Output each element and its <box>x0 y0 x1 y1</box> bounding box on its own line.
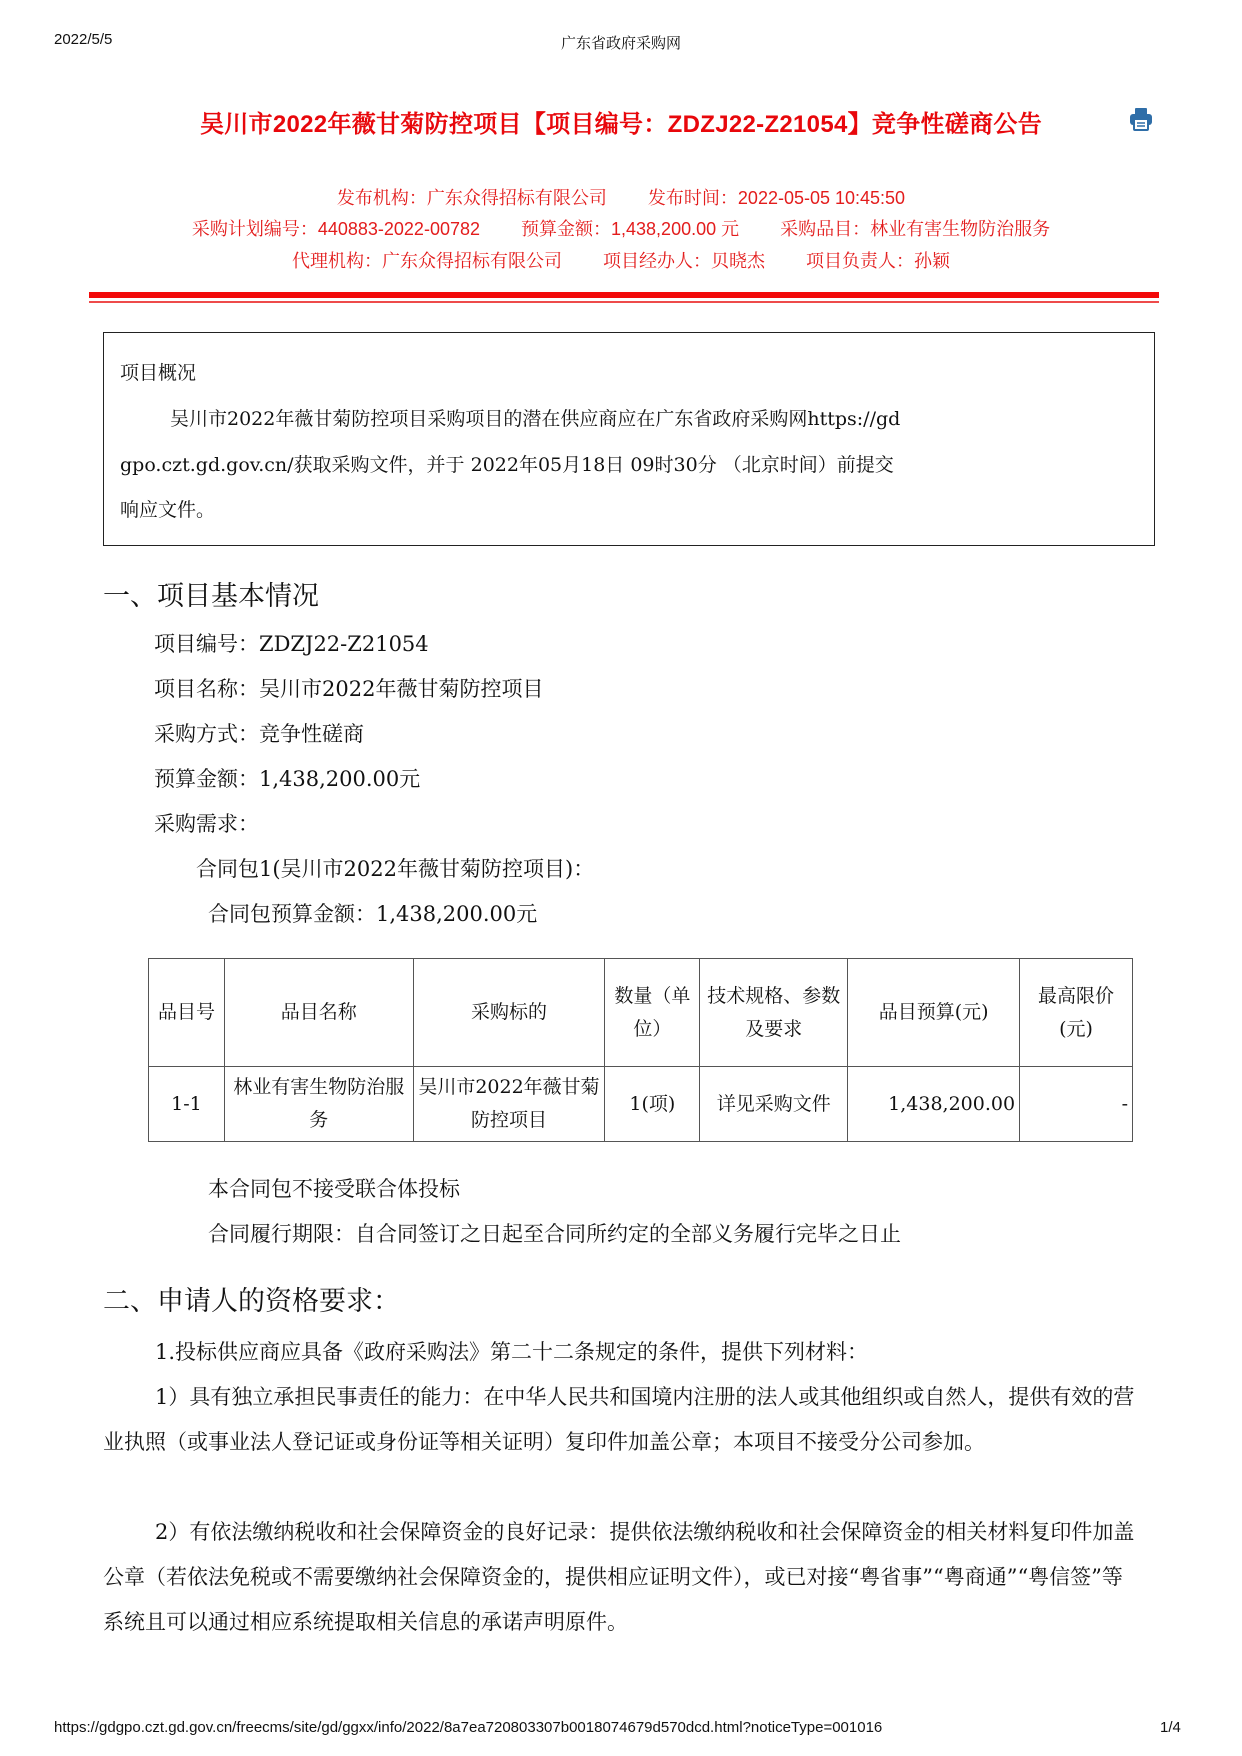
notice-meta-row-3: 代理机构：广东众得招标有限公司 项目经办人：贝晓杰 项目负责人：孙颖 <box>0 247 1242 273</box>
overview-text-line-3: 响应文件。 <box>120 495 215 522</box>
col-item-no: 品目号 <box>149 959 225 1067</box>
cell-item-name: 林业有害生物防治服务 <box>224 1067 413 1142</box>
col-quantity: 数量（单位） <box>605 959 700 1067</box>
print-site-name: 广东省政府采购网 <box>0 32 1242 53</box>
print-page-number: 1/4 <box>1160 1719 1181 1736</box>
divider-thick <box>89 292 1159 298</box>
col-max-price: 最高限价(元) <box>1020 959 1133 1067</box>
notice-meta-row-1: 发布机构：广东众得招标有限公司 发布时间：2022-05-05 10:45:50 <box>0 184 1242 210</box>
requirements-label: 采购需求： <box>154 808 259 838</box>
items-table: 品目号 品目名称 采购标的 数量（单位） 技术规格、参数及要求 品目预算(元) … <box>148 958 1133 1142</box>
procurement-category: 采购品目：林业有害生物防治服务 <box>780 219 1050 239</box>
cell-item-no: 1-1 <box>149 1067 225 1142</box>
budget: 预算金额：1,438,200.00元 <box>154 763 420 793</box>
agency: 代理机构：广东众得招标有限公司 <box>292 251 562 271</box>
budget-amount: 预算金额：1,438,200.00 元 <box>521 219 739 239</box>
project-number: 项目编号：ZDZJ22-Z21054 <box>154 628 429 658</box>
col-specs: 技术规格、参数及要求 <box>700 959 848 1067</box>
package-budget: 合同包预算金额：1,438,200.00元 <box>208 898 537 928</box>
project-handler: 项目经办人：贝晓杰 <box>603 251 765 271</box>
overview-text-line-1: 吴川市2022年薇甘菊防控项目采购项目的潜在供应商应在广东省政府采购网https… <box>170 404 900 431</box>
cell-subject: 吴川市2022年薇甘菊防控项目 <box>413 1067 605 1142</box>
publisher: 发布机构：广东众得招标有限公司 <box>337 188 607 208</box>
table-row: 1-1 林业有害生物防治服务 吴川市2022年薇甘菊防控项目 1(项) 详见采购… <box>149 1067 1133 1142</box>
table-header-row: 品目号 品目名称 采购标的 数量（单位） 技术规格、参数及要求 品目预算(元) … <box>149 959 1133 1067</box>
qualification-item-1-1: 1）具有独立承担民事责任的能力：在中华人民共和国境内注册的法人或其他组织或自然人… <box>103 1375 1143 1465</box>
project-name: 项目名称：吴川市2022年薇甘菊防控项目 <box>154 673 543 703</box>
qualification-item-1-2: 2）有依法缴纳税收和社会保障资金的良好记录：提供依法缴纳税收和社会保障资金的相关… <box>103 1510 1143 1645</box>
plan-number: 采购计划编号：440883-2022-00782 <box>192 219 480 239</box>
cell-specs: 详见采购文件 <box>700 1067 848 1142</box>
notice-title: 吴川市2022年薇甘菊防控项目【项目编号：ZDZJ22-Z21054】竞争性磋商… <box>0 104 1242 139</box>
section-heading-basic-info: 一、项目基本情况 <box>103 574 319 613</box>
consortium-note: 本合同包不接受联合体投标 <box>208 1173 460 1203</box>
cell-quantity: 1(项) <box>605 1067 700 1142</box>
overview-text-line-2: gpo.czt.gd.gov.cn/获取采购文件，并于 2022年05月18日 … <box>120 450 894 477</box>
col-item-name: 品目名称 <box>224 959 413 1067</box>
procurement-method: 采购方式：竞争性磋商 <box>154 718 364 748</box>
col-item-budget: 品目预算(元) <box>848 959 1020 1067</box>
divider-thin <box>89 301 1159 303</box>
overview-title: 项目概况 <box>120 358 196 385</box>
project-manager: 项目负责人：孙颖 <box>806 251 950 271</box>
publish-time: 发布时间：2022-05-05 10:45:50 <box>648 188 905 208</box>
printer-icon[interactable] <box>1128 106 1154 132</box>
section-heading-qualifications: 二、申请人的资格要求： <box>103 1279 400 1318</box>
print-footer-url: https://gdgpo.czt.gd.gov.cn/freecms/site… <box>54 1719 882 1736</box>
notice-meta-row-2: 采购计划编号：440883-2022-00782 预算金额：1,438,200.… <box>0 215 1242 241</box>
overview-box <box>103 332 1155 546</box>
cell-max-price: - <box>1020 1067 1133 1142</box>
cell-item-budget: 1,438,200.00 <box>848 1067 1020 1142</box>
col-subject: 采购标的 <box>413 959 605 1067</box>
package-title: 合同包1(吴川市2022年薇甘菊防控项目)： <box>196 853 594 883</box>
contract-term: 合同履行期限：自合同签订之日起至合同所约定的全部义务履行完毕之日止 <box>208 1218 901 1248</box>
qualification-item-1: 1.投标供应商应具备《政府采购法》第二十二条规定的条件，提供下列材料： <box>103 1330 1143 1375</box>
